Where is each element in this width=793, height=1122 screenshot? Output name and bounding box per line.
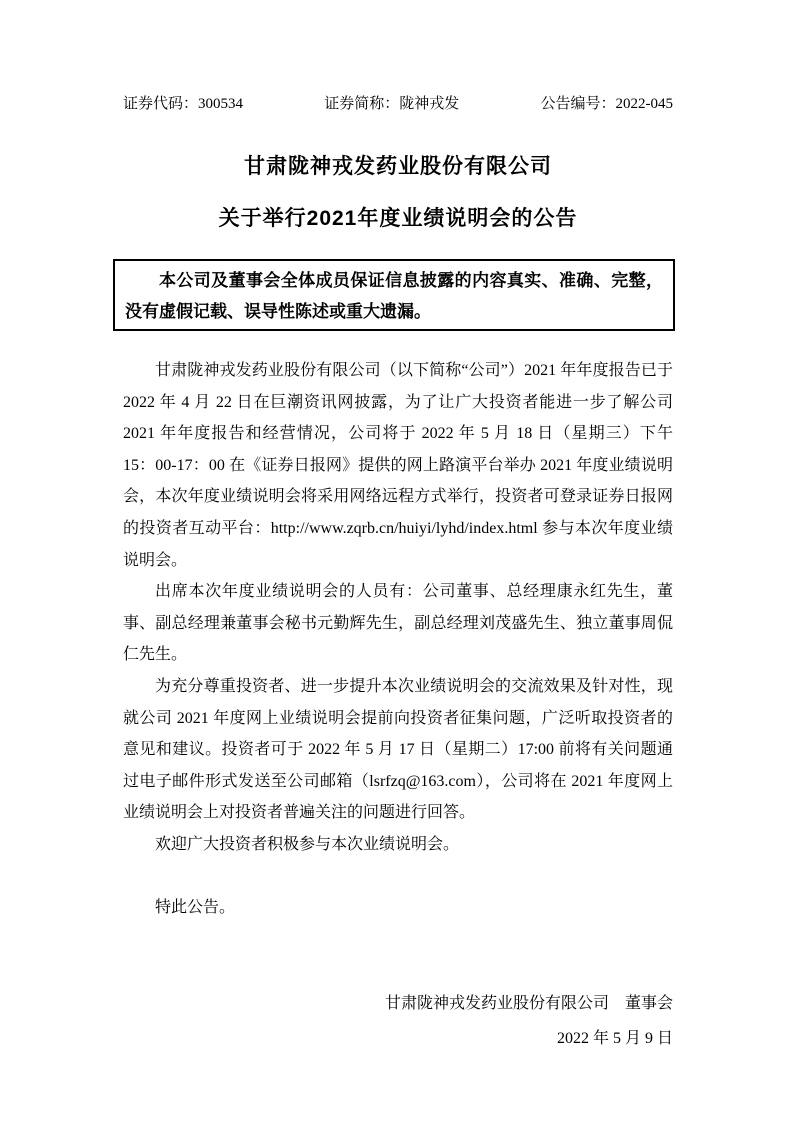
stock-code: 证券代码：300534 [123, 94, 243, 114]
disclaimer-text: 本公司及董事会全体成员保证信息披露的内容真实、准确、完整，没有虚假记载、误导性陈… [125, 265, 663, 327]
body-paragraph-question-collection: 为充分尊重投资者、进一步提升本次业绩说明会的交流效果及针对性，现就公司 2021… [123, 671, 673, 829]
body-paragraph-meeting-info: 甘肃陇神戎发药业股份有限公司（以下简称“公司”）2021 年年度报告已于 202… [123, 355, 673, 576]
document-header: 证券代码：300534 证券简称：陇神戎发 公告编号：2022-045 [123, 94, 673, 114]
announcement-number: 公告编号：2022-045 [541, 94, 674, 114]
body-paragraph-attendees: 出席本次年度业绩说明会的人员有：公司董事、总经理康永红先生，董事、副总经理兼董事… [123, 576, 673, 671]
closing-statement: 特此公告。 [123, 892, 673, 924]
signature-block: 甘肃陇神戎发药业股份有限公司 董事会 2022 年 5 月 9 日 [123, 986, 673, 1056]
page-content: 证券代码：300534 证券简称：陇神戎发 公告编号：2022-045 甘肃陇神… [123, 0, 673, 1056]
stock-abbr: 证券简称：陇神戎发 [324, 94, 459, 114]
announcement-title: 关于举行2021年度业绩说明会的公告 [123, 204, 673, 234]
body-paragraph-welcome: 欢迎广大投资者积极参与本次业绩说明会。 [123, 829, 673, 861]
announcement-body: 甘肃陇神戎发药业股份有限公司（以下简称“公司”）2021 年年度报告已于 202… [123, 355, 673, 861]
announcement-page: 证券代码：300534 证券简称：陇神戎发 公告编号：2022-045 甘肃陇神… [0, 0, 793, 1122]
signature-date: 2022 年 5 月 9 日 [123, 1021, 673, 1056]
disclaimer-box: 本公司及董事会全体成员保证信息披露的内容真实、准确、完整，没有虚假记载、误导性陈… [113, 259, 675, 331]
company-title: 甘肃陇神戎发药业股份有限公司 [123, 152, 673, 182]
signature-company: 甘肃陇神戎发药业股份有限公司 董事会 [123, 986, 673, 1021]
